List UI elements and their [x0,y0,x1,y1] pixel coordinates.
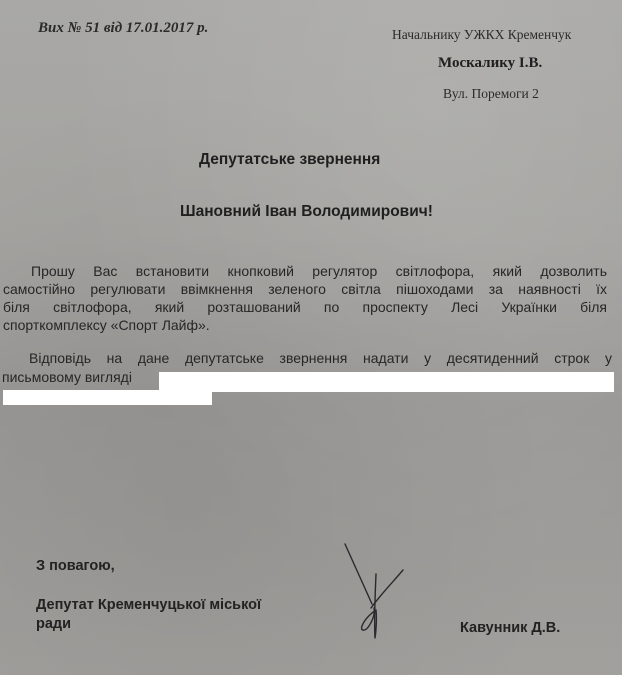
redaction-block-1 [159,372,614,392]
signer-position-line-2: ради [36,616,71,632]
document-title: Депутатське звернення [199,151,380,169]
salutation: Шановний Іван Володимирович! [180,203,433,221]
signature-icon [335,538,415,643]
paragraph-1-line-2: самостійно регулювати ввімкнення зеленог… [3,280,607,298]
recipient-name: Москалику І.В. [438,55,542,72]
signer-name: Кавунник Д.В. [460,620,560,636]
paragraph-1-line-1: Прошу Вас встановити кнопковий регулятор… [31,262,607,280]
signer-position-line-1: Депутат Кременчуцької міської [36,597,261,613]
paragraph-1-line-4: спорткомплексу «Спорт Лайф». [3,317,210,333]
recipient-title: Начальнику УЖКХ Кременчук [392,27,571,43]
paragraph-1-line-3: біля світлофора, який розташований по пр… [3,298,607,316]
paragraph-2-line-1: Відповідь на дане депутатське звернення … [29,349,612,367]
paragraph-2-line-2: письмовому вигляді [2,369,132,385]
document-page: Вих № 51 від 17.01.2017 р. Начальнику УЖ… [0,0,622,675]
recipient-address: Вул. Поремоги 2 [443,86,539,102]
redaction-block-2 [3,390,212,405]
closing: З повагою, [36,558,115,574]
outgoing-reference: Вих № 51 від 17.01.2017 р. [38,20,208,37]
